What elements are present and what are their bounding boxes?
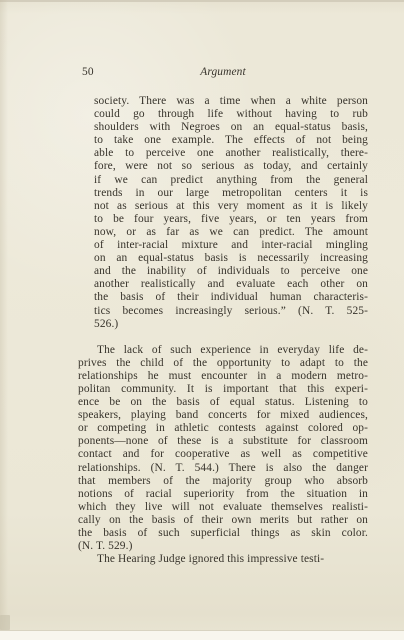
- text-line: ence be on the basis of equal status. Li…: [78, 396, 368, 409]
- text-line: not as serious at this very moment as it…: [94, 200, 368, 213]
- text-line: shoulders with Negroes on an equal-statu…: [94, 121, 368, 134]
- running-head: Argument: [78, 66, 368, 79]
- scan-top-edge: [0, 0, 404, 2]
- text-line: society. There was a time when a white p…: [94, 95, 368, 108]
- text-line: the basis of such superficial things as …: [78, 527, 368, 540]
- text-line: now, or as far as we can predict. The am…: [94, 226, 368, 239]
- text-line: cally on the basis of their own merits b…: [78, 514, 368, 527]
- text-line: fore, were not so serious as today, and …: [94, 160, 368, 173]
- text-line: contact and for cooperative as well as c…: [78, 448, 368, 461]
- text-line: 526.): [94, 318, 368, 331]
- text-line: to take one example. The effects of not …: [94, 134, 368, 147]
- text-line: that members of the majority group who a…: [78, 475, 368, 488]
- scan-corner-artifact: [0, 615, 10, 630]
- text-line: tics becomes increasingly serious.” (N. …: [94, 305, 368, 318]
- text-line: ponents—none of these is a substitute fo…: [78, 435, 368, 448]
- text-line: prives the child of the opportunity to a…: [78, 357, 368, 370]
- text-line: and the inability of individuals to perc…: [94, 265, 368, 278]
- body-paragraph: The lack of such experience in everyday …: [78, 344, 368, 554]
- page-header: 50 Argument: [78, 66, 368, 95]
- page-content: 50 Argument society. There was a time wh…: [78, 66, 368, 566]
- text-line: or competing in athletic contests agains…: [78, 422, 368, 435]
- text-line: (N. T. 529.): [78, 540, 368, 553]
- text-line: could go through life without having to …: [94, 108, 368, 121]
- text-line: notions of racial superiority from the s…: [78, 488, 368, 501]
- text-line: able to perceive one another realistical…: [94, 147, 368, 160]
- text-line: another realistically and evaluate each …: [94, 278, 368, 291]
- scan-left-edge: [0, 0, 8, 640]
- scan-bottom-edge: [0, 630, 404, 640]
- text-line: relationships he must encounter in a mod…: [78, 370, 368, 383]
- text-line: which they live will not evaluate themse…: [78, 501, 368, 514]
- text-line: of inter-racial mixture and inter-racial…: [94, 239, 368, 252]
- text-line: relationships. (N. T. 544.) There is als…: [78, 462, 368, 475]
- body-paragraph: The Hearing Judge ignored this impressiv…: [78, 553, 368, 566]
- block-quote: society. There was a time when a white p…: [94, 95, 368, 331]
- text-line: the basis of their individual human char…: [94, 291, 368, 304]
- text-line: if we can predict anything from the gene…: [94, 174, 368, 187]
- text-line: trends in our large metropolitan centers…: [94, 187, 368, 200]
- text-line: The Hearing Judge ignored this impressiv…: [78, 553, 368, 566]
- text-line: on an equal-status basis is necessarily …: [94, 252, 368, 265]
- text-line: to be four years, five years, or ten yea…: [94, 213, 368, 226]
- text-line: speakers, playing band concerts for mixe…: [78, 409, 368, 422]
- text-line: The lack of such experience in everyday …: [78, 344, 368, 357]
- scanned-page: 50 Argument society. There was a time wh…: [0, 0, 404, 640]
- text-line: politan community. It is important that …: [78, 383, 368, 396]
